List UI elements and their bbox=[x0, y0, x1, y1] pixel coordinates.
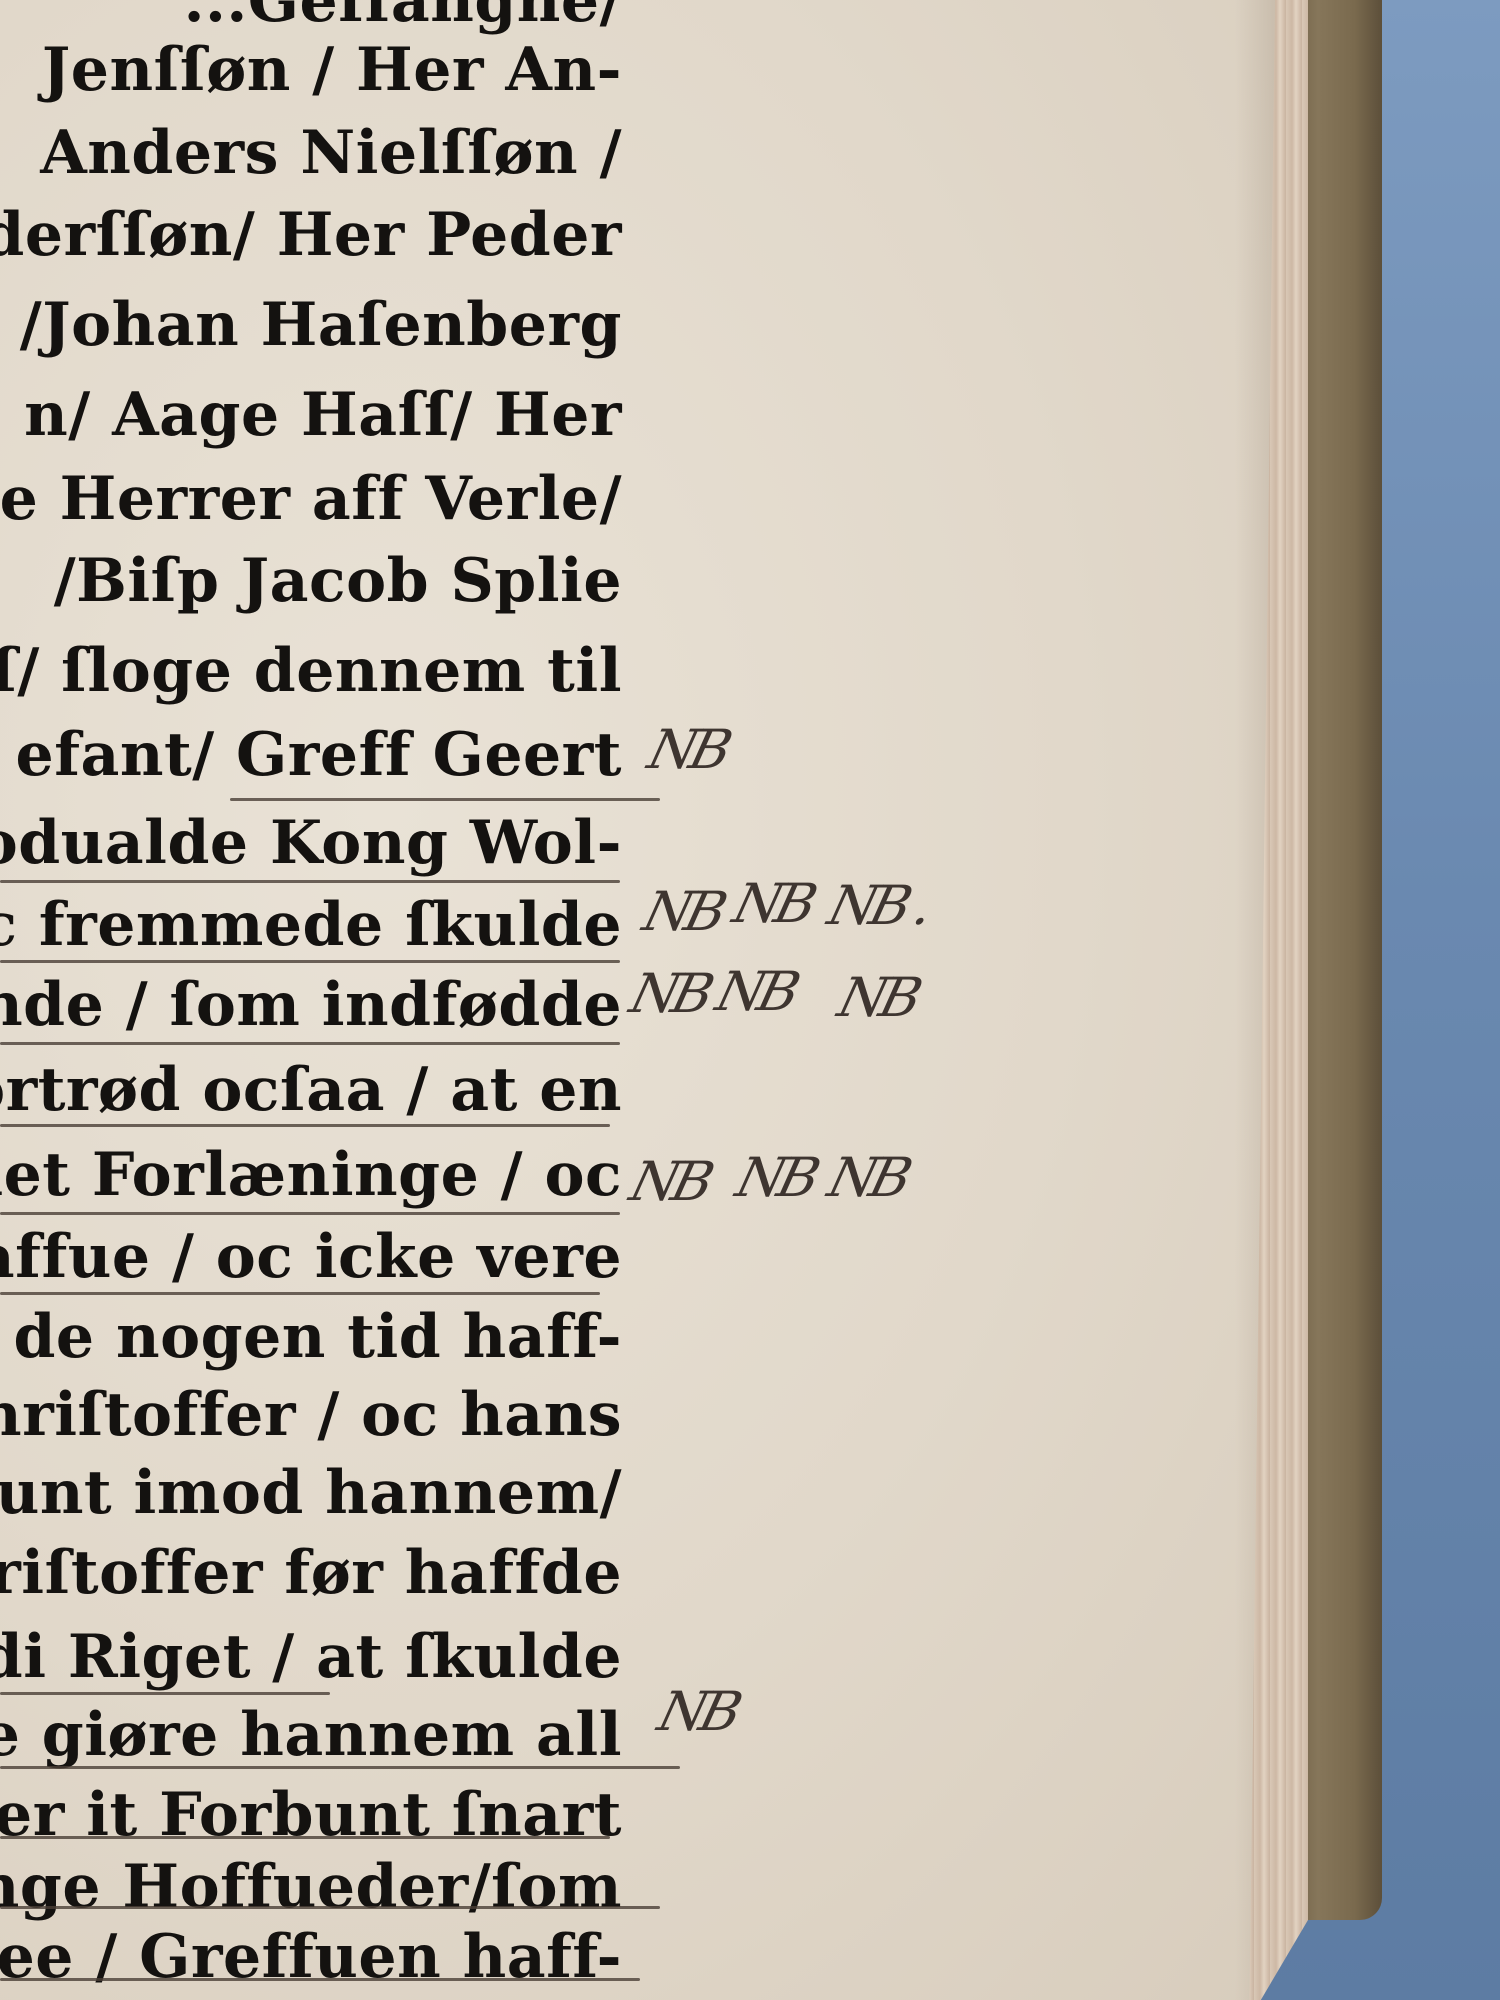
printed-text-line: odualde Kong Wol- bbox=[0, 808, 622, 878]
nb-margin-note: NB bbox=[624, 962, 715, 1025]
printed-text-line: ilde giøre hannem all bbox=[0, 1700, 622, 1770]
handwritten-underline bbox=[0, 880, 620, 883]
nb-margin-note: NB bbox=[710, 960, 801, 1023]
printed-text-line: uſſ/ ſloge dennem til bbox=[0, 636, 622, 706]
handwritten-underline bbox=[0, 1906, 660, 1909]
handwritten-underline bbox=[0, 1766, 680, 1769]
handwritten-underline bbox=[0, 1978, 640, 1981]
printed-text-line: et haffue / oc icke vere bbox=[0, 1222, 622, 1292]
printed-text-column: ...Geffangne/Jenſſøn / Her An-Anders Nie… bbox=[0, 0, 630, 2000]
printed-text-line: ilſee / Greffuen haff- bbox=[0, 1922, 622, 1992]
printed-text-line: at de nogen tid haff- bbox=[0, 1302, 622, 1372]
nb-margin-note: NB bbox=[637, 880, 728, 943]
nb-margin-note: NB bbox=[642, 718, 733, 781]
printed-text-line: met Forlæninge / oc bbox=[0, 1140, 622, 1210]
handwritten-underline bbox=[230, 798, 660, 801]
nb-margin-note: NB bbox=[822, 1146, 913, 1209]
printed-text-line: Chriſtoffer før haffde bbox=[0, 1538, 622, 1608]
printed-text-line: e Herrer aff Verle/ bbox=[0, 464, 622, 534]
printed-text-line: Anders Nielſſøn / bbox=[40, 118, 622, 188]
printed-text-line: ...Geffangne/ bbox=[184, 0, 622, 36]
printed-text-line: /Johan Haſenberg bbox=[20, 290, 622, 360]
handwritten-underline bbox=[0, 1212, 620, 1215]
printed-text-line: rbunt imod hannem/ bbox=[0, 1458, 622, 1528]
printed-text-line: derſſøn/ Her Peder bbox=[0, 200, 622, 270]
nb-margin-note: NB bbox=[624, 1150, 715, 1213]
printed-text-line: Fortrød ocſaa / at en bbox=[0, 1055, 622, 1125]
handwritten-underline bbox=[0, 1292, 600, 1295]
printed-text-line: mange Hoffueder/ſom bbox=[0, 1852, 622, 1922]
nb-margin-note: NB bbox=[822, 874, 934, 937]
printed-text-line: Jenſſøn / Her An- bbox=[42, 35, 622, 105]
nb-margin-note: NB bbox=[730, 1146, 821, 1209]
handwritten-underline bbox=[0, 1692, 330, 1695]
book-page: ...Geffangne/Jenſſøn / Her An-Anders Nie… bbox=[0, 0, 1275, 2000]
printed-text-line: efant/ Greff Geert bbox=[16, 720, 622, 790]
printed-text-line: e oc fremmede ſkulde bbox=[0, 890, 622, 960]
handwritten-underline bbox=[0, 960, 620, 963]
handwritten-underline bbox=[0, 1836, 610, 1839]
nb-margin-note: NB bbox=[652, 1680, 743, 1743]
printed-text-line: nde / ſom indfødde bbox=[0, 970, 622, 1040]
nb-margin-note: NB bbox=[832, 966, 923, 1029]
nb-margin-note: NB bbox=[727, 872, 818, 935]
printed-text-line: s er it Forbunt ſnart bbox=[0, 1780, 622, 1850]
printed-text-line: Chriſtoffer / oc hans bbox=[0, 1380, 622, 1450]
printed-text-line: n/ Aage Haſſ/ Her bbox=[24, 380, 622, 450]
printed-text-line: vdi Riget / at ſkulde bbox=[0, 1622, 622, 1692]
printed-text-line: /Biſp Jacob Splie bbox=[54, 546, 622, 616]
handwritten-underline bbox=[0, 1124, 610, 1127]
handwritten-underline bbox=[0, 1042, 620, 1045]
